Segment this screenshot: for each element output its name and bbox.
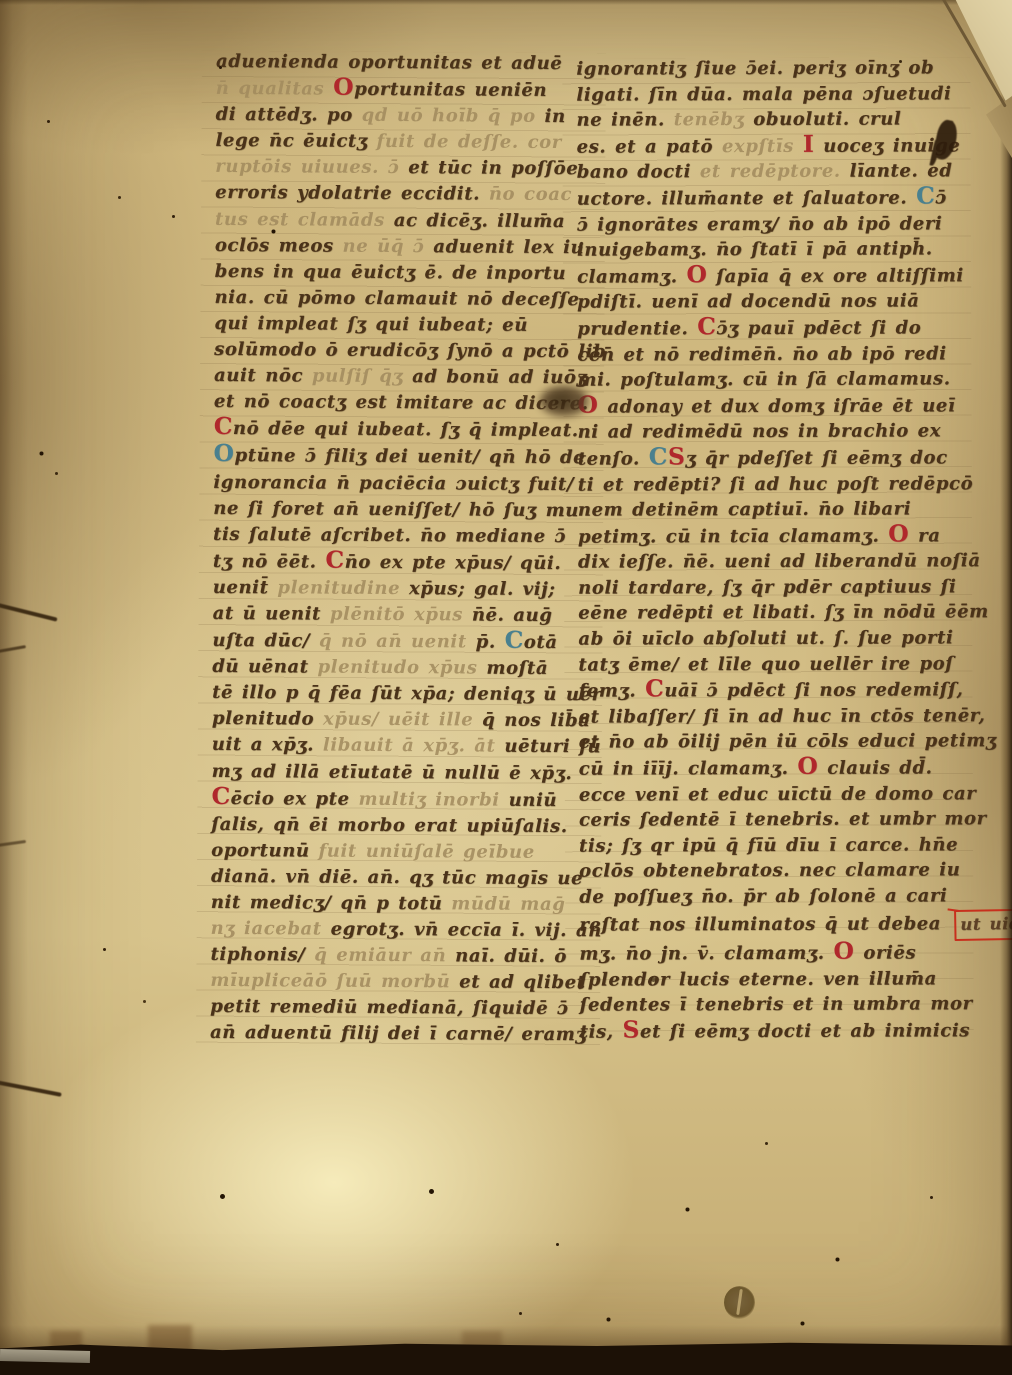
manuscript-line: tatʒ ēme/ et līle quo uellēr ire poſ <box>578 651 938 678</box>
bottom-edge-sliver <box>0 1349 90 1363</box>
text-column-left: aduenienda oportunitas et aduēn̄ qualita… <box>210 49 572 1049</box>
manuscript-line: eēne redēpti et libati. ſʒ īn nōdū ēēm <box>578 600 938 627</box>
ink-smudge <box>540 386 588 416</box>
manuscript-line: oclōs meos ne ūq̄ ɔ̄ aduenit lex iu <box>215 233 571 261</box>
manuscript-line: O adonay et dux domʒ iſrāe ēt ueī <box>577 392 937 420</box>
manuscript-line: ecce venī et educ uīctū de domo car <box>579 781 939 808</box>
manuscript-line: mʒ ad illā etīutatē ū nullū ē xp̄ʒ. <box>212 758 568 786</box>
manuscript-line: es. et a patō expſtīs I uoceʒ inuige <box>577 132 937 160</box>
parchment-page: aduenienda oportunitas et aduēn̄ qualita… <box>0 0 1012 1375</box>
manuscript-line: inuigebamʒ. n̄o ſtatī ī pā antiph̄. <box>577 237 937 264</box>
faded-ink-text: tenēbʒ <box>674 109 745 130</box>
rubric-initial-red: S <box>668 442 686 470</box>
manuscript-line: Optūne ɔ̄ filiʒ dei uenit/ qn̄ hō de <box>213 442 569 471</box>
rubric-initial-red: O <box>686 260 707 288</box>
faded-ink-text: qd uō hoīb q̄ po <box>362 105 536 127</box>
manuscript-line: tis, Set ſi eēmʒ docti et ab inimicis <box>580 1017 940 1045</box>
manuscript-line: et libaſſer/ ſi īn ad huc īn ctōs tenēr, <box>579 703 939 730</box>
rubric-initial-red: C <box>211 782 230 810</box>
manuscript-line: tʒ nō ēēt. Cn̄o ex pte xp̄us/ qūi. <box>213 548 569 577</box>
rubric-initial-red: O <box>888 519 909 547</box>
manuscript-line: qui impleat ſʒ qui iubeat; eū <box>214 311 570 339</box>
manuscript-line: tus est clamāds ac dicēʒ. illum̄a <box>215 206 571 234</box>
manuscript-line: an̄ aduentū filij dei ī carnē/ eramʒ <box>210 1020 566 1048</box>
manuscript-line: ignorancia n̄ paciēcia ɔuictʒ fuit/ <box>213 469 569 497</box>
rubric-initial-red: C <box>645 675 664 703</box>
manuscript-line: uſta dūc/ q̄ nō an̄ uenit p̄. Cotā <box>212 627 568 656</box>
faded-ink-text: expſtīs <box>722 136 794 157</box>
manuscript-line: plenitudo xp̄us/ uēit ille q̄ nos lib̄a <box>212 706 568 734</box>
manuscript-line: tis; ſʒ qr ipū q̄ fīū dīu ī carce. hn̄e <box>579 832 939 859</box>
text-column-right: ignorantiʒ ſiue ɔ̄ei. periʒ oīnʒ obligat… <box>576 55 939 1045</box>
manuscript-line: n̄ qualitas Oportunitas ueniēn <box>216 75 572 104</box>
manuscript-line: oportunū fuit uniūſalē geībue <box>211 838 567 866</box>
manuscript-line: uit a xp̄ʒ. libauit ā xp̄ʒ. āt uēturi ſū <box>212 732 568 760</box>
faded-ink-text: xp̄us/ uēit ille <box>323 709 473 731</box>
manuscript-line: tenſo. CSʒ q̄r pdeſſet ſi eēmʒ doc <box>578 444 938 472</box>
faded-ink-text: plenitudine <box>277 577 400 599</box>
faded-ink-text: plenitudo xp̄us <box>317 657 477 679</box>
manuscript-line: aduenienda oportunitas et aduē <box>216 49 572 77</box>
manuscript-line: ne inēn. tenēbʒ obuoluti. crul <box>576 107 936 134</box>
faded-ink-text: n̄o coac <box>489 184 572 206</box>
faded-ink-text: et redēptore. <box>700 161 841 182</box>
manuscript-line: tē illo p q̄ fēa ſūt xp̄a; deniqʒ ū uēr <box>212 680 568 708</box>
faded-ink-text: pulſiſ q̄ʒ <box>312 366 403 388</box>
manuscript-line: tiphonis/ q̄ emiāur an̄ naī. dūi. ō <box>210 942 566 970</box>
manuscript-line: reſtat nos illuminatos q̄ ut debea ut ui… <box>579 909 939 941</box>
faded-ink-text: libauit ā xp̄ʒ. āt <box>323 735 496 757</box>
rubric-initial-red: S <box>622 1015 640 1043</box>
rubric-initial-blue: C <box>505 626 524 654</box>
manuscript-line: Cnō dēe qui iubeat. ſʒ q̄ impleat. <box>214 415 570 444</box>
page-top-edge <box>0 0 1012 5</box>
manuscript-line: clamamʒ. O ſapīa q̄ ex ore altiſſimi <box>577 262 937 290</box>
manuscript-line: prudentie. Cɔ̄ʒ pauī pdēct ſi do <box>577 314 937 342</box>
manuscript-line: petimʒ. cū in tcīa clamamʒ. O ra <box>578 522 938 550</box>
manuscript-line: erroris ydolatrie eccidit. n̄o coac <box>215 180 571 208</box>
faded-ink-text: mīupliceāō ſuū morbū <box>210 970 450 992</box>
faded-ink-text: multiʒ inorbi <box>358 788 499 810</box>
faded-ink-text: fuit uniūſalē geībue <box>318 840 534 862</box>
manuscript-line: bens in qua ēuictʒ ē. de inportu <box>215 259 571 287</box>
manuscript-line: ſplendor lucis eterne. ven illum̄a <box>579 966 939 993</box>
rubric-initial-blue: O <box>213 439 234 467</box>
manuscript-line: Cēcio ex pte multiʒ inorbi uniū <box>211 785 567 814</box>
rubric-initial-red: O <box>833 937 854 965</box>
manuscript-line: mīupliceāō ſuū morbū et ad qlibet <box>210 968 566 996</box>
manuscript-line: dix ieſſe. n̄ē. ueni ad liberandū noſiā <box>578 549 938 576</box>
faded-ink-text: q̄ emiāur an̄ <box>314 945 446 967</box>
manuscript-line: di attēdʒ. po qd uō hoīb q̄ po in <box>216 102 572 130</box>
rubric-initial-blue: C <box>916 181 935 209</box>
rubric-initial-red: C <box>697 312 716 340</box>
manuscript-line: ligati. ſīn dūa. mala pēna ɔſuetudi <box>576 81 936 108</box>
manuscript-line: cēn̄ et nō redimēn̄. n̄o ab ipō redi <box>577 341 937 368</box>
manuscript-line: cū in iīīj. clamamʒ. O clauis dd̄. <box>579 754 939 782</box>
manuscript-line: uenit̄ plenitudine xp̄us; gal. vij; <box>213 575 569 603</box>
manuscript-line: petit remediū medianā, ſiquidē ɔ̄ <box>210 994 566 1022</box>
faded-ink-text: tus est clamāds <box>215 208 385 230</box>
faded-ink-text: mūdū maḡ <box>451 893 565 915</box>
manuscript-line: mi. poſtulamʒ. cū in ſā clamamus. <box>577 366 937 393</box>
manuscript-line: ti et redēpti? ſi ad huc poſt redēpcō <box>578 471 938 498</box>
manuscript-line: auit nōc pulſiſ q̄ʒ ad bonū ad iuōʒ <box>214 363 570 391</box>
manuscript-line: dianā. vn̄ diē. an̄. qʒ tūc magīs ue <box>211 864 567 892</box>
manuscript-photo: aduenienda oportunitas et aduēn̄ qualita… <box>0 0 1012 1375</box>
manuscript-line: ſemʒ. Cuāī ɔ̄ pdēct ſi nos redemiſſ, <box>578 677 938 705</box>
manuscript-line: ceris ſedentē ī tenebris. et umbr mor <box>579 807 939 834</box>
manuscript-line: noli tardare, ſʒ q̄r pdēr captiuus ſi <box>578 574 938 601</box>
manuscript-line: lege n̄c ēuictʒ fuit de deſſe. cor <box>215 128 571 156</box>
manuscript-line: ignorantiʒ ſiue ɔ̄ei. periʒ oīnʒ ob <box>576 55 936 82</box>
rubric-initial-red: O <box>797 752 818 780</box>
manuscript-line: solūmodo ō erudicōʒ ſynō a pctō lib <box>214 337 570 365</box>
manuscript-line: oclōs obtenebratos. nec clamare iu <box>579 858 939 885</box>
book-right-edge <box>1000 0 1012 1375</box>
round-stain <box>724 1286 755 1319</box>
manuscript-line: ruptōis uiuues. ɔ̄ et tūc in poſſōe <box>215 154 571 182</box>
manuscript-line: et nō coactʒ est imitare ac dicere. <box>214 389 570 417</box>
manuscript-line: nʒ iacebat egrotʒ. vn̄ eccīa ī. vij. an <box>211 916 567 944</box>
manuscript-line: ni ad redimēdū nos in brachio ex <box>578 419 938 446</box>
faded-ink-text: q̄ nō an̄ uenit <box>319 631 467 653</box>
manuscript-line: dū uēnat plenitudo xp̄us moſtā <box>212 654 568 682</box>
rubric-initial-red: C <box>214 412 233 440</box>
manuscript-line: nia. cū pōmo clamauit nō deceſſe <box>214 285 570 313</box>
manuscript-line: de poſſueʒ n̄o. p̄r ab ſolonē a cari <box>579 883 939 910</box>
faded-ink-text: nʒ iacebat <box>211 918 322 940</box>
faded-ink-text: n̄ qualitas <box>216 78 325 100</box>
rubric-initial-red: I <box>803 130 815 158</box>
faded-ink-text: ruptōis uiuues. ɔ̄ <box>215 156 399 178</box>
faded-ink-text: ne ūq̄ ɔ̄ <box>343 235 425 256</box>
manuscript-line: ſalis, qn̄ ēi morbo erat upiūſalis. <box>211 812 567 840</box>
manuscript-line: mʒ. n̄o jn. v̄. clamamʒ. O oriēs <box>579 940 939 968</box>
fold-underside <box>986 96 1012 158</box>
rubric-initial-blue: C <box>649 442 668 470</box>
manuscript-line: ne ſi foret an̄ ueniſſet/ hō ſuʒ mu <box>213 496 569 524</box>
manuscript-line: nit medicʒ/ qn̄ p totū mūdū maḡ <box>211 890 567 918</box>
manuscript-line: ab ōi uīclo abſoluti ut. ſ. ſue porti <box>578 625 938 652</box>
manuscript-line: bano docti et redēptore. līante. ed <box>577 159 937 186</box>
manuscript-line: pdiſtī. uenī ad docendū nos uiā <box>577 289 937 316</box>
manuscript-line: uctore. illum̄ante et ſaluatore. Cɔ̄ <box>577 184 937 212</box>
faded-ink-text: plēnitō xp̄us <box>330 604 463 626</box>
page-left-edge <box>0 0 28 1375</box>
faded-ink-text: fuit de deſſe. cor <box>376 131 561 153</box>
rubric-initial-red: O <box>333 73 354 101</box>
manuscript-line: nem detinēm captiuī. n̄o libari <box>578 496 938 523</box>
rubric-initial-red: C <box>325 545 344 573</box>
manuscript-line: ɔ̄ ignorātes eramʒ/ n̄o ab ipō deri <box>577 211 937 238</box>
manuscript-line: tis ſalutē aſcribet. n̄o mediane ɔ̄ <box>213 522 569 550</box>
manuscript-line: et n̄o ab ōilij pēn iū cōls educi petimʒ <box>579 729 939 756</box>
